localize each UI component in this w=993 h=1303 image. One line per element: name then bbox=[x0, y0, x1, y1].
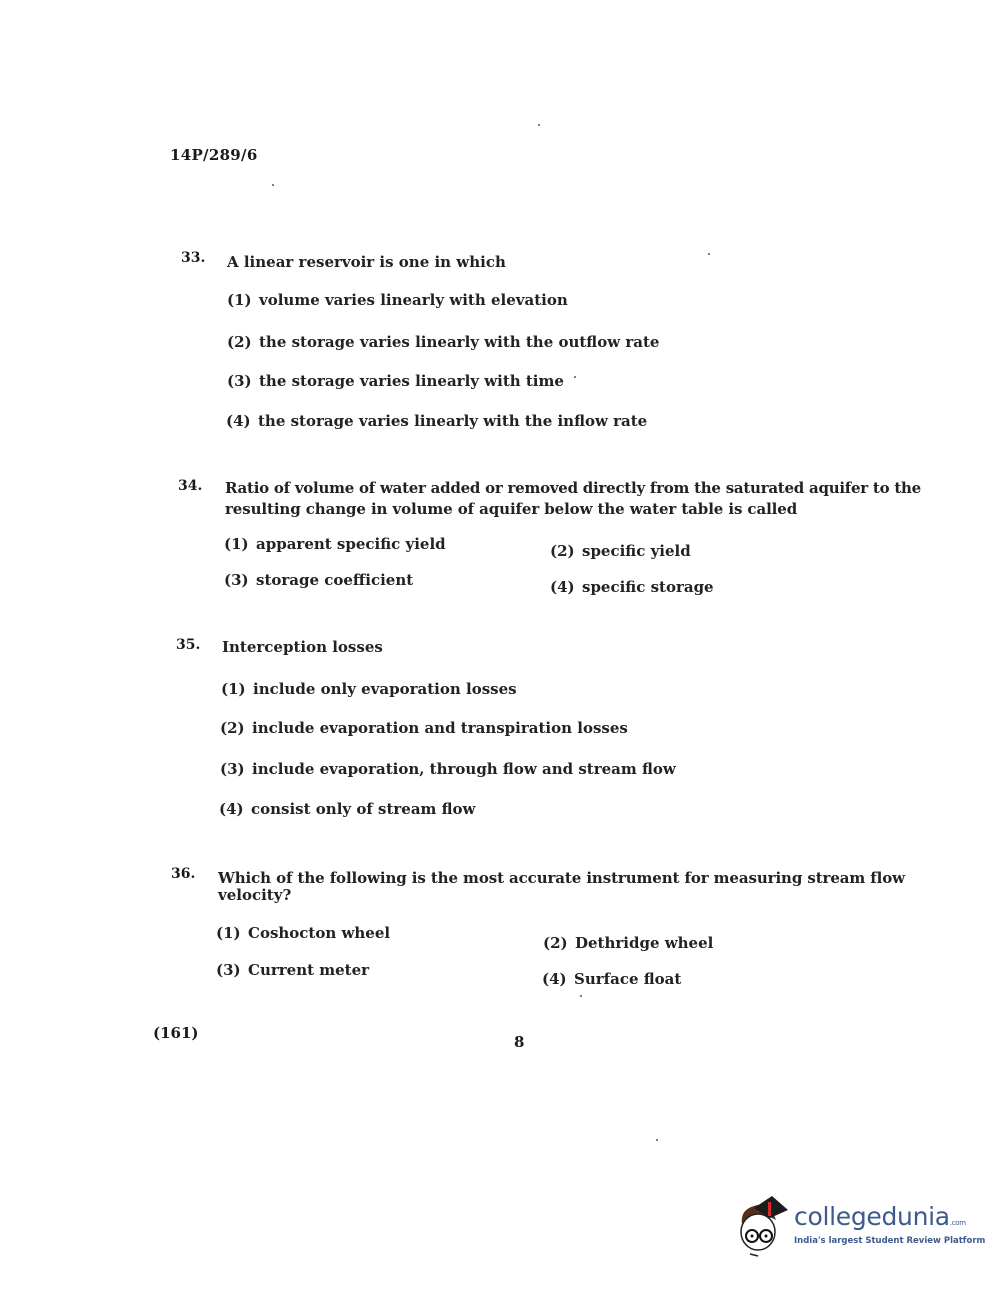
option-3: (3)Current meter bbox=[216, 961, 369, 979]
question-text: Interception losses bbox=[222, 638, 383, 656]
option-1: (1)include only evaporation losses bbox=[221, 680, 517, 698]
option-2: (2)specific yield bbox=[550, 542, 691, 560]
option-2: (2)the storage varies linearly with the … bbox=[227, 333, 659, 351]
question-text-line-1: Ratio of volume of water added or remove… bbox=[225, 479, 921, 497]
question-number: 33. bbox=[181, 250, 205, 266]
scan-speck bbox=[708, 253, 710, 255]
paper-code: 14P/289/6 bbox=[170, 146, 258, 164]
scan-speck bbox=[538, 124, 540, 126]
option-4: (4)specific storage bbox=[550, 578, 714, 596]
option-4: (4)consist only of stream flow bbox=[219, 800, 475, 818]
option-4: (4)Surface float bbox=[542, 970, 681, 988]
brand-tagline: India's largest Student Review Platform bbox=[794, 1236, 985, 1246]
page-number: 8 bbox=[514, 1033, 524, 1051]
option-2: (2)include evaporation and transpiration… bbox=[220, 719, 628, 737]
collegedunia-logo: collegedunia.com India's largest Student… bbox=[736, 1196, 966, 1266]
scan-speck bbox=[656, 1139, 658, 1141]
question-text: A linear reservoir is one in which bbox=[227, 253, 506, 271]
question-number: 34. bbox=[178, 478, 202, 494]
option-1: (1)apparent specific yield bbox=[224, 535, 446, 553]
question-text-line-2: resulting change in volume of aquifer be… bbox=[225, 500, 797, 518]
option-3: (3)the storage varies linearly with time bbox=[227, 372, 564, 390]
option-1: (1)Coshocton wheel bbox=[216, 924, 390, 942]
question-text-line-2: velocity? bbox=[218, 886, 291, 904]
question-number: 36. bbox=[171, 866, 195, 882]
scan-speck bbox=[574, 376, 576, 378]
option-2: (2)Dethridge wheel bbox=[543, 934, 713, 952]
option-3: (3)include evaporation, through flow and… bbox=[220, 760, 676, 778]
brand-name: collegedunia.com bbox=[794, 1202, 966, 1231]
option-4: (4)the storage varies linearly with the … bbox=[226, 412, 647, 430]
mascot-icon bbox=[736, 1196, 794, 1258]
question-text-line-1: Which of the following is the most accur… bbox=[218, 869, 905, 887]
question-number: 35. bbox=[176, 637, 200, 653]
option-1: (1)volume varies linearly with elevation bbox=[227, 291, 568, 309]
option-3: (3)storage coefficient bbox=[224, 571, 413, 589]
scan-speck bbox=[580, 995, 582, 997]
footer-code: (161) bbox=[153, 1024, 199, 1042]
scan-speck bbox=[272, 184, 274, 186]
